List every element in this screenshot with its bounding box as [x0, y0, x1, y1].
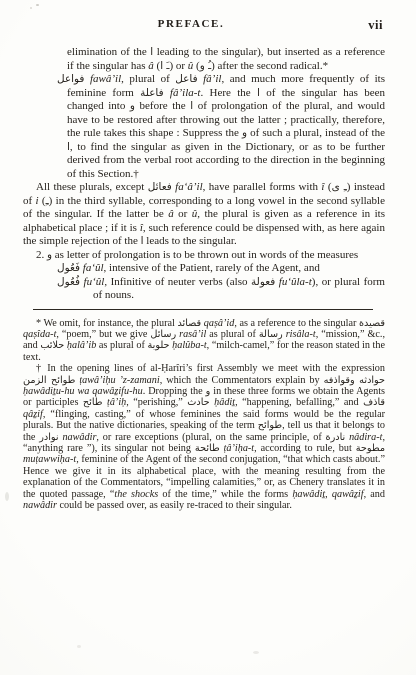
- body-text: before the: [135, 100, 190, 112]
- scan-speck: [30, 7, 32, 9]
- arabic-word: فاعلة: [140, 87, 163, 99]
- paragraph-rule-2: 2. و as letter of prolongation is to be …: [23, 249, 385, 263]
- arabic-word: رسائل: [150, 329, 176, 340]
- arabic-word: رسالة: [259, 329, 283, 340]
- arabic-word: نوادر: [39, 432, 58, 443]
- body-text: of such a plural, instead of the: [247, 127, 385, 139]
- body-text: elimination of the: [67, 46, 150, 58]
- transliteration: fa‘ûl: [83, 262, 104, 274]
- body-text: , as a reference to the singular: [234, 318, 359, 329]
- transliteration: ṭawâ’iḥu ’z-zamani: [79, 375, 159, 386]
- transliteration: ḥalûba-t: [172, 340, 207, 351]
- body-text: (: [39, 195, 46, 207]
- body-text: leads to the singular.: [144, 235, 237, 247]
- transliteration: nawâdir: [62, 432, 96, 443]
- paragraph-entry-fuul: فُعُول fu‘ûl, Infinitive of neuter verbs…: [23, 276, 385, 303]
- body-text: of the time,” while the forms: [158, 489, 292, 500]
- arabic-word: ـِ ى: [332, 181, 347, 193]
- arabic-word: قصيدة: [359, 318, 385, 329]
- scan-speck: [36, 4, 39, 6]
- body-text: , intensive of the Patient, rarely of th…: [104, 262, 320, 274]
- footnotes-section: * We omit, for instance, the plural قصائ…: [23, 318, 385, 512]
- arabic-word: طوائح: [258, 420, 282, 431]
- arabic-word: قصائد: [177, 318, 201, 329]
- scan-speck: [5, 492, 9, 501]
- body-text: , Infinitive of neuter verbs (also: [104, 276, 251, 288]
- arabic-word: فعائل: [148, 181, 172, 193]
- paragraph-entry-continuation: elimination of the ا leading to the sing…: [67, 46, 385, 73]
- body-text: , or rare exceptions (plural, on the sam…: [96, 432, 325, 443]
- transliteration: fâ’ila-t: [170, 87, 201, 99]
- transliteration: ṭâ’iḥa-t: [224, 443, 255, 454]
- body-text: * We omit, for instance, the plural: [36, 318, 177, 329]
- body-text: † In the opening lines of al-Ḥarîri’s fi…: [36, 363, 385, 374]
- body-text: ) or: [169, 60, 187, 72]
- body-text: as plural of: [206, 329, 259, 340]
- transliteration: qawâẕif: [332, 489, 364, 500]
- body-text: as letter of prolongation is to be throw…: [52, 249, 358, 261]
- arabic-word: حلائب: [40, 340, 64, 351]
- book-page-scan: PREFACE. vii elimination of the ا leadin…: [0, 0, 416, 675]
- body-text: , and: [364, 489, 385, 500]
- body-text: , plural of: [121, 73, 175, 85]
- transliteration: qâẕif: [23, 409, 43, 420]
- arabic-word: فُعُول: [57, 276, 80, 288]
- body-text: , “poem,” but we give: [56, 329, 150, 340]
- arabic-word: فاعل: [175, 73, 197, 85]
- running-title: PREFACE.: [0, 18, 399, 30]
- transliteration: risâla-t: [286, 329, 316, 340]
- footnote-dagger: † In the opening lines of al-Ḥarîri’s fi…: [23, 363, 385, 511]
- paragraph-all-these-plurals: All these plurals, except فعائل fa‘â’il,…: [23, 181, 385, 249]
- transliteration: fu‘ûl: [84, 276, 105, 288]
- transliteration: fâ’il: [203, 73, 221, 85]
- arabic-word: قاذف: [363, 397, 385, 408]
- arabic-word: حوادثه وقواذفه: [324, 375, 385, 386]
- arabic-word: ـُ و: [200, 60, 211, 72]
- paragraph-entry-faul: فَعُول fa‘ûl, intensive of the Patient, …: [23, 262, 385, 276]
- body-text: ,: [325, 489, 332, 500]
- body-text: . Dropping the: [143, 386, 206, 397]
- body-text: could be passed over, as easily re-trace…: [57, 500, 292, 511]
- transliteration: rasâ’il: [179, 329, 206, 340]
- transliteration: nâdira-t: [349, 432, 382, 443]
- transliteration: qaṣîda-t: [23, 329, 56, 340]
- transliteration: qaṣâ’id: [204, 318, 235, 329]
- body-text: , “happening, befalling,” and: [235, 397, 363, 408]
- transliteration: ḥawâdiṯu-hu wa qawâẕifu-hu: [23, 386, 143, 397]
- footnote-divider: [33, 309, 373, 310]
- paragraph-entry-fawail: فواعل fawâ’il, plural of فاعل fâ’il, and…: [23, 73, 385, 181]
- scan-speck: [253, 651, 259, 654]
- transliteration: fu‘ûla-t: [279, 276, 312, 288]
- body-text: All these plurals, except: [36, 181, 148, 193]
- arabic-word: فَعُول: [57, 262, 80, 274]
- body-text: as plural of: [96, 340, 147, 351]
- transliteration: ḥâdiṯ: [214, 397, 235, 408]
- body-text: (: [324, 181, 331, 193]
- page-body: elimination of the ا leading to the sing…: [23, 46, 385, 511]
- page-header: PREFACE. vii: [0, 18, 416, 34]
- page-number: vii: [368, 18, 383, 33]
- transliteration: ḥawâdiṯ: [292, 489, 325, 500]
- body-text: ) after the second radical.*: [211, 60, 328, 72]
- body-text: , which the Commentators explain by: [160, 375, 324, 386]
- transliteration: muṭawwiḥa-t: [23, 454, 76, 465]
- arabic-word: طوائح الزمن: [23, 375, 75, 386]
- body-text: or: [174, 208, 192, 220]
- transliteration: fawâ’il: [90, 73, 121, 85]
- body-text: . Here the: [200, 87, 257, 99]
- body-text: , “perishing,”: [126, 397, 187, 408]
- arabic-word: طائح: [83, 397, 103, 408]
- transliteration: ṭâ’iḥ: [107, 397, 126, 408]
- arabic-word: حادث: [187, 397, 209, 408]
- footnote-asterisk: * We omit, for instance, the plural قصائ…: [23, 318, 385, 364]
- transliteration: the shocks: [114, 489, 158, 500]
- scan-speck: [77, 645, 81, 648]
- transliteration: nawâdir: [23, 500, 57, 511]
- arabic-word: حلوبة: [147, 340, 169, 351]
- transliteration: fa‘â’il: [175, 181, 203, 193]
- transliteration: ḥalâ’ib: [67, 340, 96, 351]
- body-text: 2.: [36, 249, 47, 261]
- body-text: , according to rule, but: [254, 443, 356, 454]
- arabic-word: مطوحة: [356, 443, 385, 454]
- body-text: , have parallel forms with: [203, 181, 322, 193]
- arabic-word: نادرة: [326, 432, 346, 443]
- body-text: , to find the singular as given in the D…: [67, 141, 385, 180]
- arabic-word: طائحة: [195, 443, 220, 454]
- arabic-word: فواعل: [57, 73, 84, 85]
- arabic-word: فعولة: [251, 276, 275, 288]
